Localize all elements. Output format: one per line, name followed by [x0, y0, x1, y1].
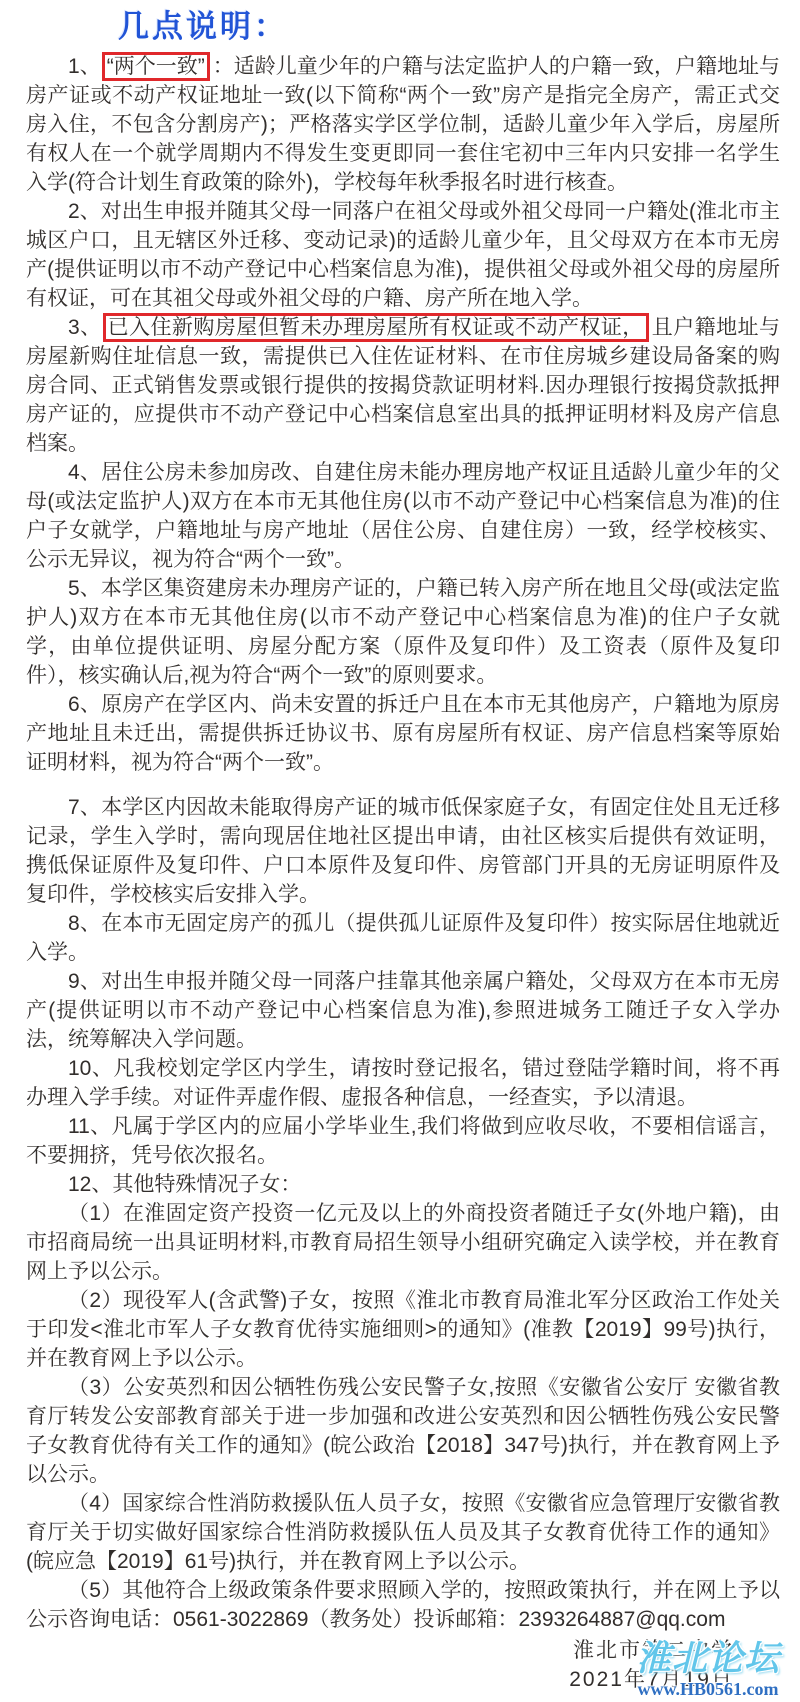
paragraph: 5、本学区集资建房未办理房产证的，户籍已转入房产所在地且父母(或法定监护人)双方… [26, 574, 780, 690]
paragraph-text: 3、 [68, 316, 102, 339]
paragraph-text: 1、 [68, 55, 101, 78]
paragraph-text: 7、本学区内因故未能取得房产证的城市低保家庭子女，有固定住处且无迁移记录，学生入… [26, 796, 780, 906]
paragraph-text: 2、对出生申报并随其父母一同落户在祖父母或外祖父母同一户籍处(淮北市主城区户口，… [26, 200, 780, 310]
paragraph-text: （5）其他符合上级政策条件要求照顾入学的，按照政策执行，并在网上予以公示咨询电话… [26, 1579, 780, 1631]
paragraph: 3、已入住新购房屋但暂未办理房屋所有权证或不动产权证，且户籍地址与房屋新购住址信… [26, 313, 780, 458]
paragraph: 12、其他特殊情况子女： [26, 1170, 780, 1199]
paragraph: 7、本学区内因故未能取得房产证的城市低保家庭子女，有固定住处且无迁移记录，学生入… [26, 793, 780, 909]
paragraph: 8、在本市无固定房产的孤儿（提供孤儿证原件及复印件）按实际居住地就近入学。 [26, 909, 780, 967]
paragraph-text: （4）国家综合性消防救援队伍人员子女，按照《安徽省应急管理厅安徽省教育厅关于切实… [26, 1492, 780, 1573]
red-highlight-box: “两个一致” [102, 52, 210, 81]
paragraph: 2、对出生申报并随其父母一同落户在祖父母或外祖父母同一户籍处(淮北市主城区户口，… [26, 197, 780, 313]
paragraph: 9、对出生申报并随父母一同落户挂靠其他亲属户籍处，父母双方在本市无房产(提供证明… [26, 967, 780, 1054]
paragraph-text: 4、居住公房未参加房改、自建住房未能办理房地产权证且适龄儿童少年的父母(或法定监… [26, 461, 780, 571]
document-page: 几点说明： 1、“两个一致”：适龄儿童少年的户籍与法定监护人的户籍一致，户籍地址… [0, 0, 800, 1702]
paragraph: （2）现役军人(含武警)子女，按照《淮北市教育局淮北军分区政治工作处关于印发<淮… [26, 1286, 780, 1373]
paragraph-text: 8、在本市无固定房产的孤儿（提供孤儿证原件及复印件）按实际居住地就近入学。 [26, 912, 780, 964]
paragraph-text: （1）在淮固定资产投资一亿元及以上的外商投资者随迁子女(外地户籍)，由市招商局统… [26, 1202, 780, 1283]
paragraph: 11、凡属于学区内的应届小学毕业生,我们将做到应收尽收，不要相信谣言，不要拥挤，… [26, 1112, 780, 1170]
paragraph: （5）其他符合上级政策条件要求照顾入学的，按照政策执行，并在网上予以公示咨询电话… [26, 1576, 780, 1634]
paragraph-text: （3）公安英烈和因公牺牲伤残公安民警子女,按照《安徽省公安厅 安徽省教育厅转发公… [26, 1376, 780, 1486]
paragraph: （3）公安英烈和因公牺牲伤残公安民警子女,按照《安徽省公安厅 安徽省教育厅转发公… [26, 1373, 780, 1489]
paragraph-text: 11、凡属于学区内的应届小学毕业生,我们将做到应收尽收，不要相信谣言，不要拥挤，… [26, 1115, 780, 1167]
paragraph-text: 10、凡我校划定学区内学生，请按时登记报名，错过登陆学籍时间，将不再办理入学手续… [26, 1057, 780, 1109]
paragraph-text: 9、对出生申报并随父母一同落户挂靠其他亲属户籍处，父母双方在本市无房产(提供证明… [26, 970, 780, 1051]
paragraph: （4）国家综合性消防救援队伍人员子女，按照《安徽省应急管理厅安徽省教育厅关于切实… [26, 1489, 780, 1576]
paragraph-text: （2）现役军人(含武警)子女，按照《淮北市教育局淮北军分区政治工作处关于印发<淮… [26, 1289, 780, 1370]
signature-block: 淮北市第二中学 2021年7月19日 [26, 1636, 780, 1694]
paragraph-text: 5、本学区集资建房未办理房产证的，户籍已转入房产所在地且父母(或法定监护人)双方… [26, 577, 780, 687]
paragraph: 1、“两个一致”：适龄儿童少年的户籍与法定监护人的户籍一致，户籍地址与房产证或不… [26, 52, 780, 197]
signature-school: 淮北市第二中学 [26, 1636, 734, 1665]
signature-date: 2021年7月19日 [26, 1665, 734, 1694]
paragraph: （1）在淮固定资产投资一亿元及以上的外商投资者随迁子女(外地户籍)，由市招商局统… [26, 1199, 780, 1286]
paragraph: 10、凡我校划定学区内学生，请按时登记报名，错过登陆学籍时间，将不再办理入学手续… [26, 1054, 780, 1112]
page-title: 几点说明： [118, 8, 780, 46]
red-highlight-box: 已入住新购房屋但暂未办理房屋所有权证或不动产权证， [103, 313, 649, 342]
paragraph-text: 12、其他特殊情况子女： [68, 1173, 301, 1196]
paragraph-text: 6、原房产在学区内、尚未安置的拆迁户且在本市无其他房产，户籍地为原房产地址且未迁… [26, 693, 780, 774]
document-body: 1、“两个一致”：适龄儿童少年的户籍与法定监护人的户籍一致，户籍地址与房产证或不… [26, 52, 780, 1634]
paragraph: 4、居住公房未参加房改、自建住房未能办理房地产权证且适龄儿童少年的父母(或法定监… [26, 458, 780, 574]
paragraph: 6、原房产在学区内、尚未安置的拆迁户且在本市无其他房产，户籍地为原房产地址且未迁… [26, 690, 780, 777]
